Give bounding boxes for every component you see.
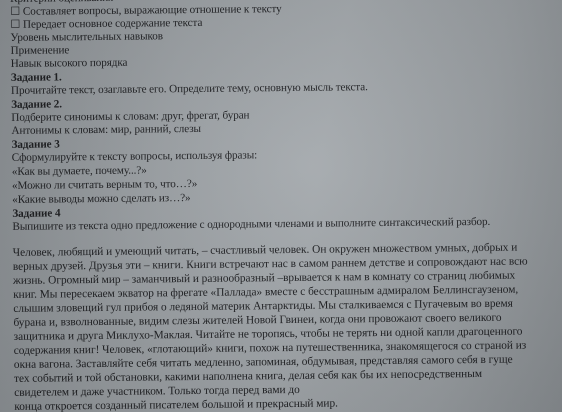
task-2-text: Подберите синонимы к словам: друг, фрега… [11, 109, 249, 124]
skill-level-label: Навык высокого порядка [11, 57, 128, 71]
thinking-level-label: Уровень мыслительных навыков [10, 30, 163, 45]
task-3-phrase: «Какие выводы можно сделать из…?» [12, 192, 191, 207]
task-2-text: Антонимы к словам: мир, ранний, слезы [11, 123, 201, 138]
task-2-title: Задание 2. [11, 98, 62, 112]
task-3-phrase: «Как вы думаете, почему...?» [12, 164, 147, 178]
task-3-phrase: «Можно ли считать верным то, что…?» [12, 178, 197, 193]
task-3-text: Сформулируйте к тексту вопросы, использу… [12, 149, 258, 165]
thinking-level-value: Применение [11, 44, 70, 58]
task-1-title: Задание 1. [11, 71, 62, 85]
task-4-title: Задание 4 [12, 207, 60, 221]
text-line: конца откроется созданный писателем боль… [14, 397, 338, 412]
task-4-text: Выпишите из текста одно предложение с од… [12, 216, 490, 234]
task-1-text: Прочитайте текст, озаглавьте его. Опреде… [11, 81, 368, 98]
task-3-title: Задание 3 [12, 138, 60, 152]
criterion-item: ☐ Передает основное содержание текста [10, 17, 202, 32]
